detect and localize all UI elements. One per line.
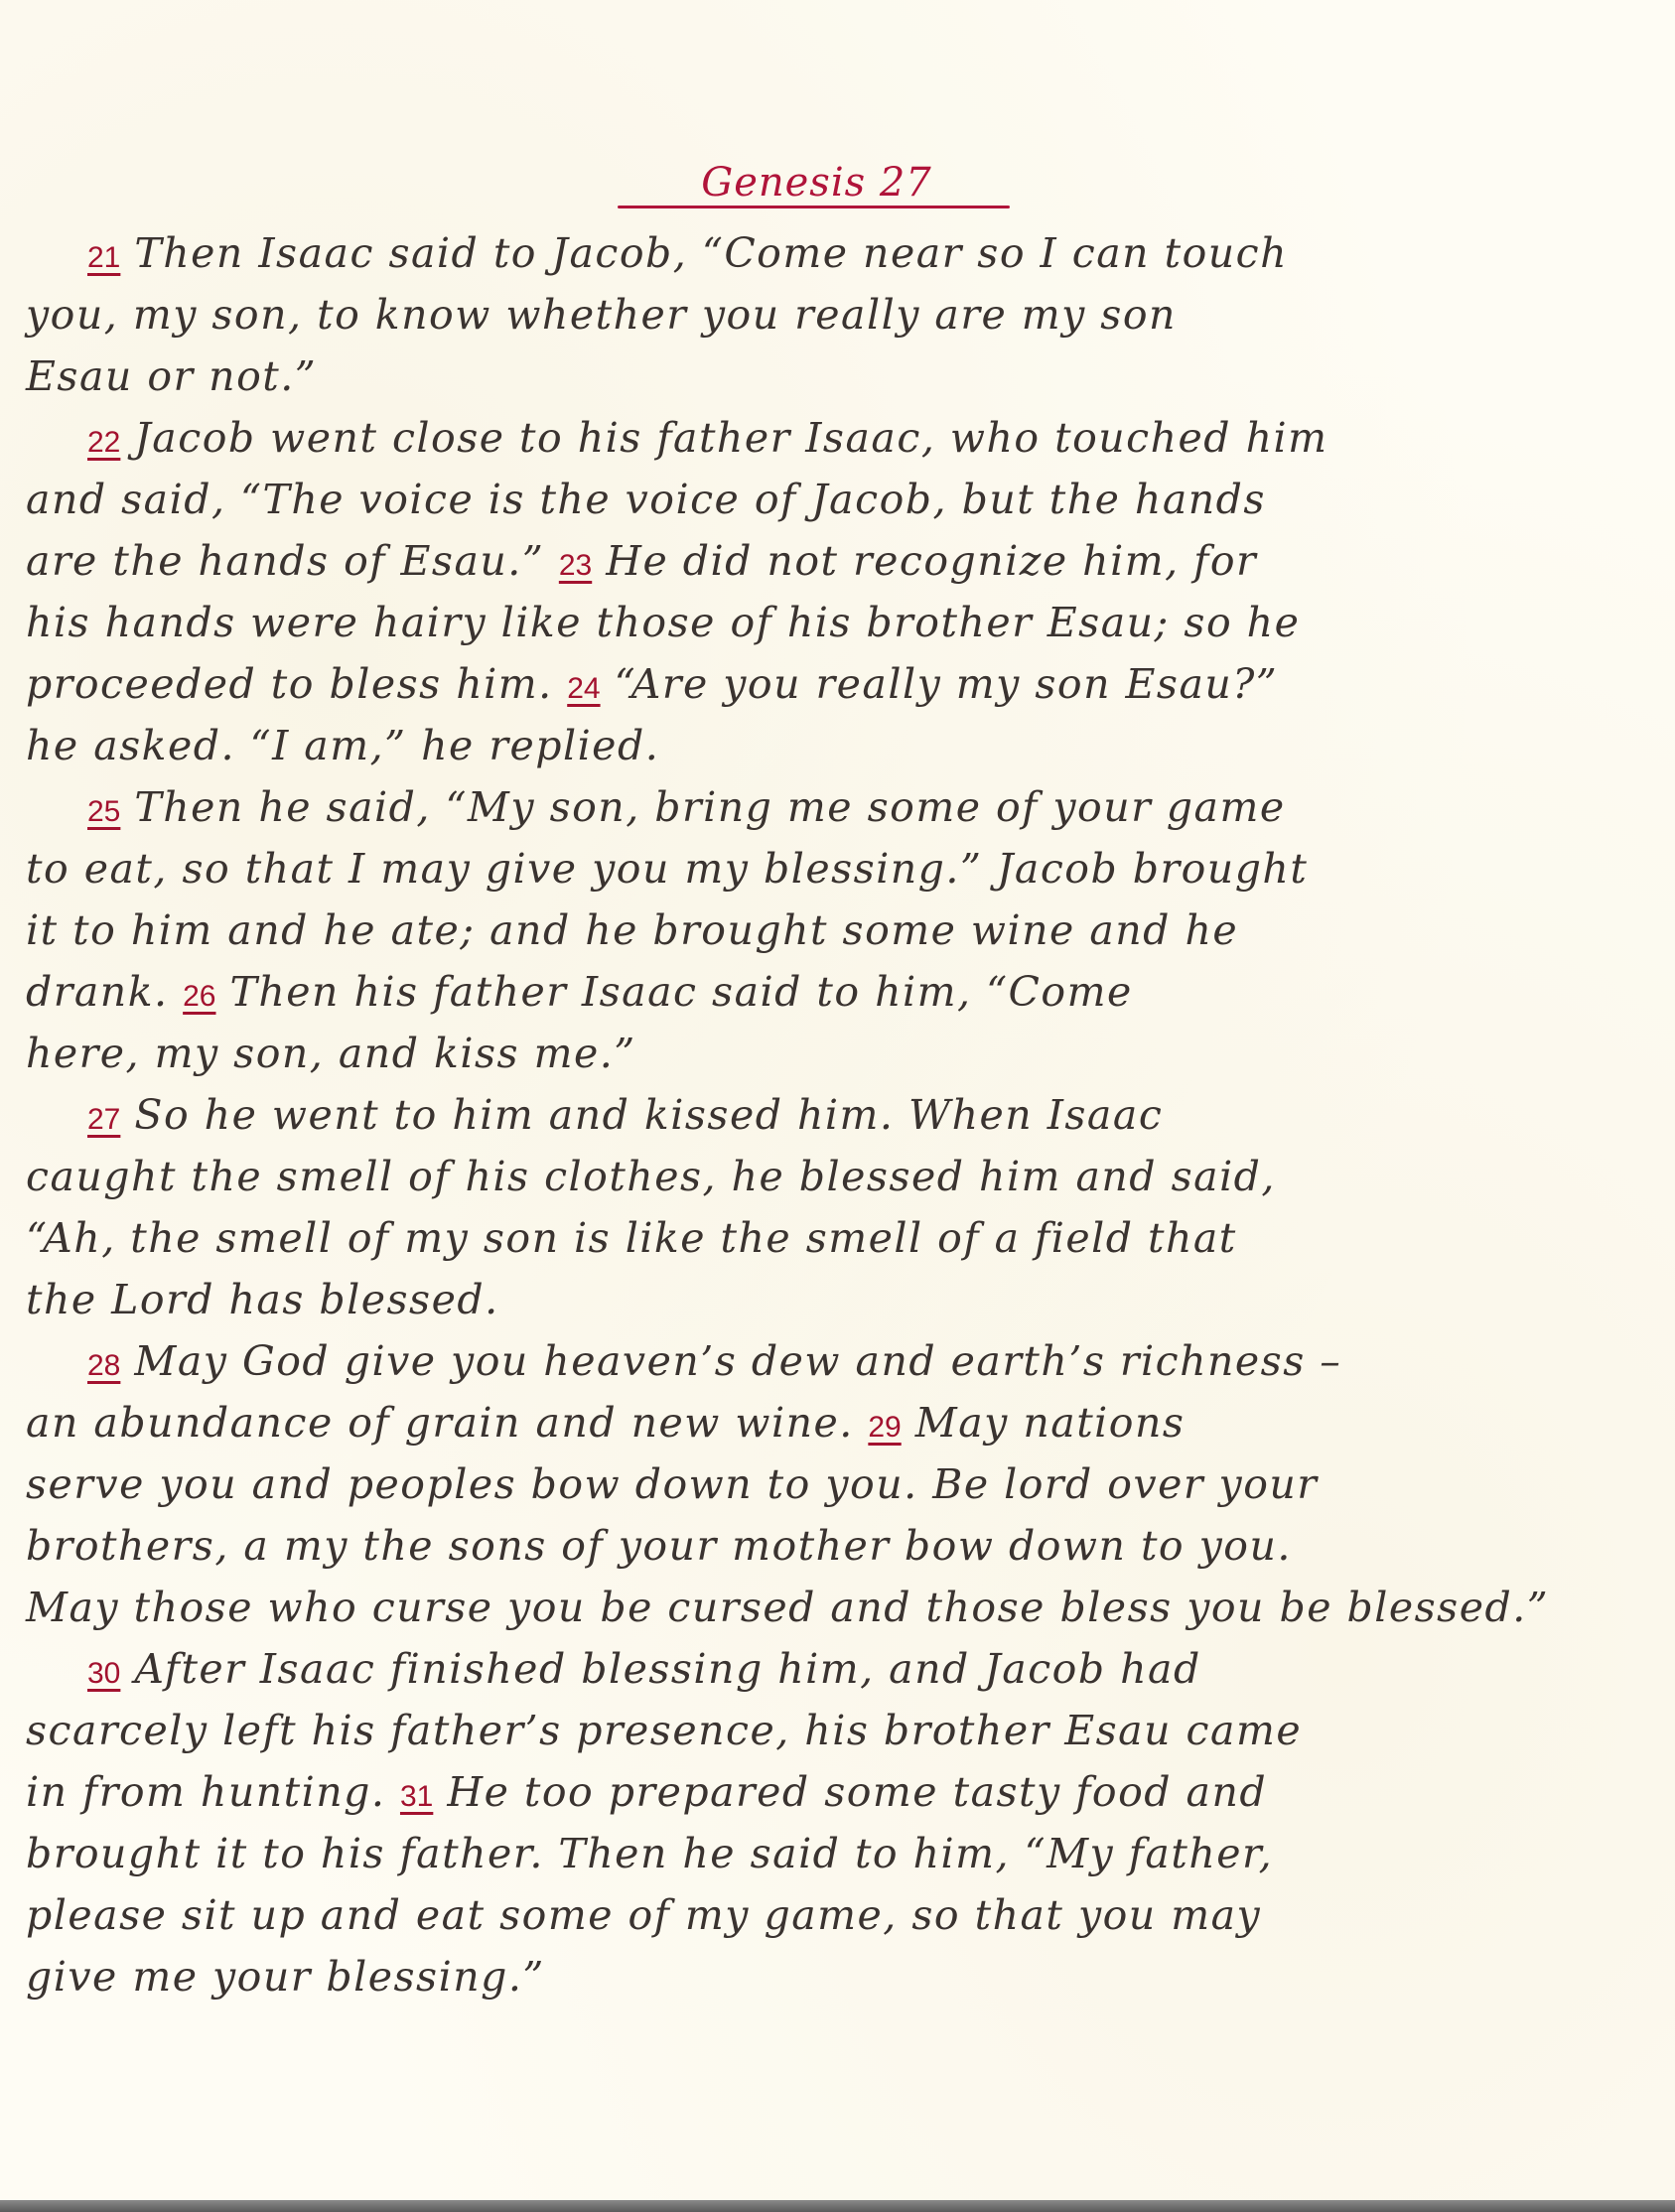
text-line: his hands were hairy like those of his b…: [26, 592, 1654, 653]
text-line: Esau or not.”: [26, 346, 1654, 407]
verse-text: May God give you heaven’s dew and earth’…: [134, 1337, 1341, 1385]
verse-text: drank.: [26, 968, 183, 1016]
verse-text: proceeded to bless him.: [26, 660, 567, 708]
text-line: in from hunting. 31He too prepared some …: [26, 1761, 1654, 1823]
verse-text: and said, “The voice is the voice of Jac…: [26, 476, 1266, 523]
text-line: brought it to his father. Then he said t…: [26, 1823, 1654, 1884]
verse-text: “Are you really my son Esau?”: [615, 660, 1279, 708]
verse-text: “Ah, the smell of my son is like the sme…: [26, 1214, 1237, 1262]
verse-text: give me your blessing.”: [26, 1953, 545, 2001]
text-line: are the hands of Esau.” 23He did not rec…: [26, 530, 1654, 592]
text-line: 28May God give you heaven’s dew and eart…: [26, 1330, 1654, 1392]
verse-text: Esau or not.”: [26, 352, 317, 400]
scripture-text: 21Then Isaac said to Jacob, “Come near s…: [26, 222, 1654, 2007]
title-container: Genesis 27: [621, 157, 1013, 208]
verse-text: May those who curse you be cursed and th…: [26, 1584, 1549, 1631]
text-line: to eat, so that I may give you my blessi…: [26, 838, 1654, 899]
verse-text: the Lord has blessed.: [26, 1276, 499, 1323]
text-line: 21Then Isaac said to Jacob, “Come near s…: [26, 222, 1654, 284]
text-line: proceeded to bless him. 24“Are you reall…: [26, 653, 1654, 715]
text-line: please sit up and eat some of my game, s…: [26, 1884, 1654, 1946]
verse-text: He too prepared some tasty food and: [447, 1768, 1267, 1816]
verse-text: please sit up and eat some of my game, s…: [26, 1891, 1261, 1939]
verse-text: After Isaac finished blessing him, and J…: [134, 1645, 1200, 1693]
text-line: May those who curse you be cursed and th…: [26, 1577, 1654, 1638]
verse-text: it to him and he ate; and he brought som…: [26, 906, 1238, 954]
verse-text: Then Isaac said to Jacob, “Come near so …: [134, 229, 1288, 277]
text-line: drank. 26Then his father Isaac said to h…: [26, 961, 1654, 1023]
verse-text: May nations: [915, 1399, 1186, 1447]
verse-text: in from hunting.: [26, 1768, 400, 1816]
text-line: “Ah, the smell of my son is like the sme…: [26, 1207, 1654, 1269]
verse-text: Jacob went close to his father Isaac, wh…: [134, 414, 1327, 462]
text-line: 22Jacob went close to his father Isaac, …: [26, 407, 1654, 469]
verse-text: serve you and peoples bow down to you. B…: [26, 1460, 1318, 1508]
verse-number: 26: [183, 980, 215, 1013]
text-line: give me your blessing.”: [26, 1946, 1654, 2007]
text-line: you, my son, to know whether you really …: [26, 284, 1654, 346]
verse-text: are the hands of Esau.”: [26, 537, 559, 585]
title-underline: [618, 206, 1010, 208]
verse-text: scarcely left his father’s presence, his…: [26, 1707, 1302, 1754]
text-line: caught the smell of his clothes, he bles…: [26, 1146, 1654, 1207]
verse-number: 27: [87, 1103, 120, 1136]
text-line: serve you and peoples bow down to you. B…: [26, 1453, 1654, 1515]
scan-bottom-edge: [0, 2200, 1675, 2212]
verse-text: his hands were hairy like those of his b…: [26, 599, 1300, 646]
verse-text: here, my son, and kiss me.”: [26, 1030, 636, 1077]
text-line: brothers, a my the sons of your mother b…: [26, 1515, 1654, 1577]
page-title: Genesis 27: [701, 157, 932, 208]
text-line: it to him and he ate; and he brought som…: [26, 899, 1654, 961]
verse-number: 22: [87, 426, 120, 459]
verse-number: 24: [567, 672, 600, 705]
text-line: he asked. “I am,” he replied.: [26, 715, 1654, 776]
verse-text: caught the smell of his clothes, he bles…: [26, 1153, 1276, 1200]
verse-text: So he went to him and kissed him. When I…: [134, 1091, 1163, 1139]
text-line: here, my son, and kiss me.”: [26, 1023, 1654, 1084]
verse-text: he asked. “I am,” he replied.: [26, 722, 659, 769]
verse-number: 31: [400, 1780, 433, 1813]
verse-number: 21: [87, 241, 120, 274]
verse-text: an abundance of grain and new wine.: [26, 1399, 868, 1447]
text-line: scarcely left his father’s presence, his…: [26, 1700, 1654, 1761]
verse-text: to eat, so that I may give you my blessi…: [26, 845, 1308, 893]
text-line: an abundance of grain and new wine. 29Ma…: [26, 1392, 1654, 1453]
verse-number: 30: [87, 1657, 120, 1690]
text-line: 27So he went to him and kissed him. When…: [26, 1084, 1654, 1146]
text-line: 30After Isaac finished blessing him, and…: [26, 1638, 1654, 1700]
text-line: and said, “The voice is the voice of Jac…: [26, 469, 1654, 530]
verse-number: 25: [87, 795, 120, 828]
verse-number: 23: [559, 549, 592, 582]
text-line: 25Then he said, “My son, bring me some o…: [26, 776, 1654, 838]
text-line: the Lord has blessed.: [26, 1269, 1654, 1330]
verse-text: Then he said, “My son, bring me some of …: [134, 783, 1285, 831]
verse-number: 29: [868, 1411, 901, 1444]
verse-text: you, my son, to know whether you really …: [26, 291, 1177, 339]
verse-text: brought it to his father. Then he said t…: [26, 1830, 1273, 1877]
verse-text: He did not recognize him, for: [606, 537, 1257, 585]
verse-number: 28: [87, 1349, 120, 1382]
verse-text: brothers, a my the sons of your mother b…: [26, 1522, 1292, 1570]
verse-text: Then his father Isaac said to him, “Come: [229, 968, 1132, 1016]
handwritten-page: Genesis 27 21Then Isaac said to Jacob, “…: [0, 0, 1675, 2200]
